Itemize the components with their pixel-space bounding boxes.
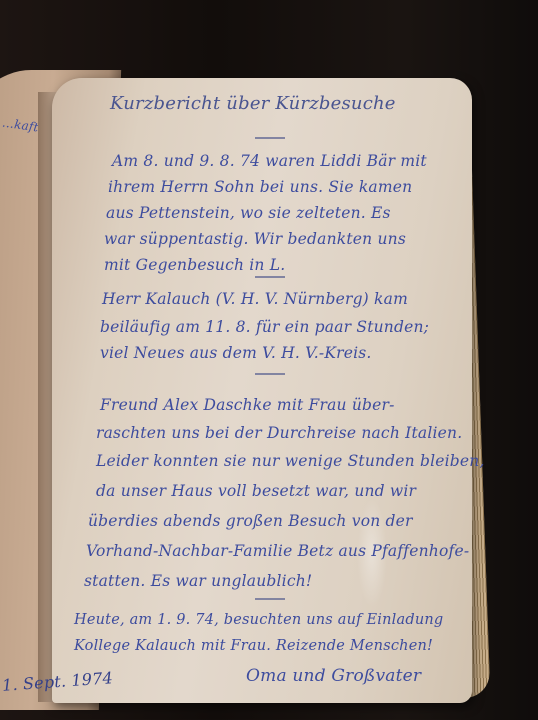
separator: [255, 373, 285, 375]
entry-line: Leider konnten sie nur wenige Stunden bl…: [96, 452, 485, 470]
entry-line: da unser Haus voll besetzt war, und wir: [96, 482, 416, 500]
right-page: [52, 78, 472, 703]
entry-line: war süppentastig. Wir bedankten uns: [104, 230, 406, 248]
separator: [255, 598, 285, 600]
entry-line: aus Pettenstein, wo sie zelteten. Es: [106, 204, 391, 222]
entry-line: Heute, am 1. 9. 74, besuchten uns auf Ei…: [74, 612, 443, 628]
entry-line: Am 8. und 9. 8. 74 waren Liddi Bär mit: [112, 152, 427, 170]
signature: Oma und Großvater: [246, 666, 421, 686]
entry-line: Herr Kalauch (V. H. V. Nürnberg) kam: [102, 290, 408, 308]
entry-line: viel Neues aus dem V. H. V.-Kreis.: [100, 344, 372, 362]
entry-line: mit Gegenbesuch in L.: [104, 256, 285, 274]
entry-line: Vorhand-Nachbar-Familie Betz aus Pfaffen…: [86, 542, 469, 560]
separator: [255, 276, 285, 278]
entry-title: Kurzbericht über Kürzbesuche: [110, 93, 396, 114]
entry-line: ihrem Herrn Sohn bei uns. Sie kamen: [108, 178, 412, 196]
entry-line: überdies abends großen Besuch von der: [88, 512, 413, 530]
entry-line: Kollege Kalauch mit Frau. Reizende Mensc…: [74, 638, 433, 654]
entry-line: statten. Es war unglaublich!: [84, 572, 312, 590]
separator: [255, 137, 285, 139]
entry-line: raschten uns bei der Durchreise nach Ita…: [96, 424, 462, 442]
entry-line: beiläufig am 11. 8. für ein paar Stunden…: [100, 318, 429, 336]
entry-line: Freund Alex Daschke mit Frau über-: [100, 396, 395, 414]
